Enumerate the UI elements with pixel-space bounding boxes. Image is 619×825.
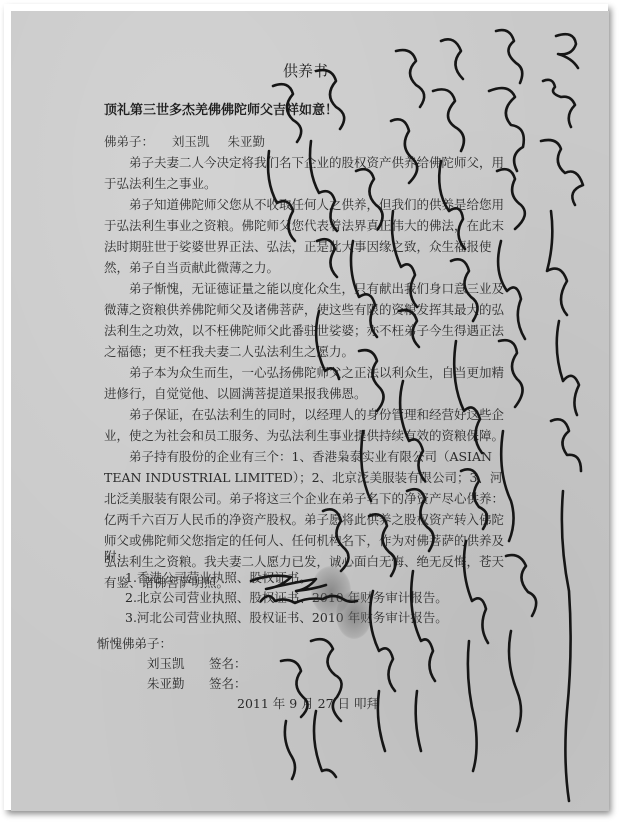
document-title: 供养书: [283, 61, 328, 82]
signer-name: 刘玉凯: [147, 653, 205, 674]
paragraph: 弟子夫妻二人今决定将我们名下企业的股权资产供养给佛陀师父，用于弘法利生之事业。: [104, 152, 504, 194]
paragraph: 弟子保证，在弘法利生的同时，以经理人的身份管理和经营好这些企业，使之为社会和员工…: [104, 404, 504, 446]
scanned-document-page: 供养书 顶礼第三世多杰羌佛佛陀师父吉祥如意！ 佛弟子： 刘玉凯 朱亚勤 弟子夫妻…: [11, 11, 609, 811]
signature-row: 朱亚勤 签名：: [147, 673, 247, 694]
attachments-list: 1.香港公司营业执照、股权证书。 2.北京公司营业执照、股权证书、2010 年财…: [125, 567, 448, 627]
printed-letter: 供养书 顶礼第三世多杰羌佛佛陀师父吉祥如意！ 佛弟子： 刘玉凯 朱亚勤 弟子夫妻…: [11, 11, 609, 811]
attachments-label: 附：: [104, 546, 129, 567]
attachment-item: 2.北京公司营业执照、股权证书、2010 年财务审计报告。: [125, 587, 448, 607]
thumbprint: [336, 591, 372, 639]
attachment-item: 1.香港公司营业执照、股权证书。: [125, 567, 448, 587]
attachment-item: 3.河北公司营业执照、股权证书、2010 年财务审计报告。: [125, 607, 448, 627]
signature-date: 2011 年 9 月 27 日 叩拜: [237, 693, 379, 714]
signature-heading: 惭愧佛弟子：: [97, 633, 172, 654]
disciples-label: 佛弟子：: [104, 134, 154, 149]
salutation: 顶礼第三世多杰羌佛佛陀师父吉祥如意！: [104, 100, 338, 121]
disciple-name: 刘玉凯: [172, 134, 210, 149]
disciples-line: 佛弟子： 刘玉凯 朱亚勤: [104, 131, 279, 152]
signature-label: 签名：: [209, 653, 247, 674]
paragraph: 弟子本为众生而生，一心弘扬佛陀师父之正法以利众生，自当更加精进修行，自觉觉他、以…: [104, 362, 504, 404]
signature-row: 刘玉凯 签名：: [147, 653, 247, 674]
letter-body: 弟子夫妻二人今决定将我们名下企业的股权资产供养给佛陀师父，用于弘法利生之事业。 …: [104, 152, 504, 593]
paragraph: 弟子惭愧，无证德证量之能以度化众生，只有献出我们身口意三业及微薄之资粮供养佛陀师…: [104, 278, 504, 362]
paragraph: 弟子知道佛陀师父您从不收取任何人之供养，但我们的供养是给您用于弘法利生事业之资粮…: [104, 194, 504, 278]
disciple-name: 朱亚勤: [228, 134, 266, 149]
signature-label: 签名：: [209, 673, 247, 694]
signer-name: 朱亚勤: [147, 673, 205, 694]
document-frame: 供养书 顶礼第三世多杰羌佛佛陀师父吉祥如意！ 佛弟子： 刘玉凯 朱亚勤 弟子夫妻…: [4, 4, 608, 810]
